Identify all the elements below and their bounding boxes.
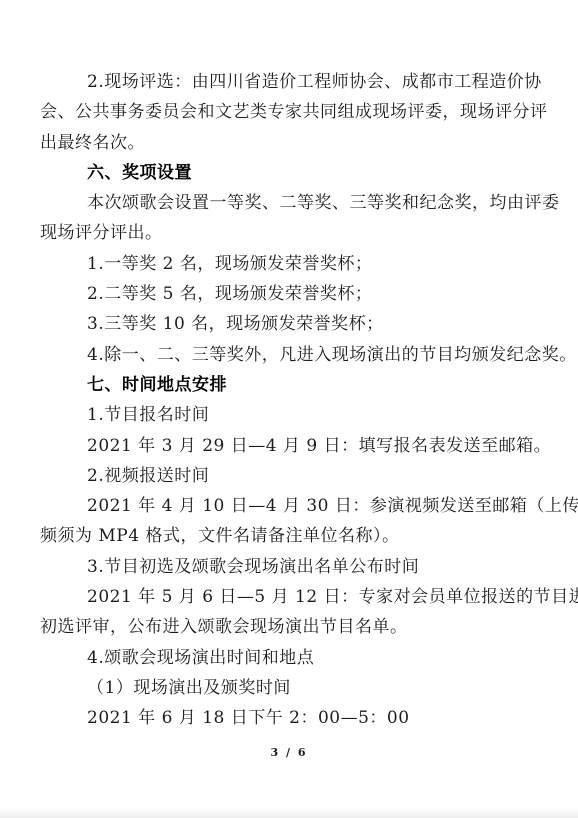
- document-line: 1.一等奖 2 名，现场颁发荣誉奖杯；: [40, 249, 542, 279]
- document-line: 4.除一、二、三等奖外，凡进入现场演出的节目均颁发纪念奖。: [40, 340, 542, 370]
- document-line: 会、公共事务委员会和文艺类专家共同组成现场评委，现场评分评: [40, 97, 542, 127]
- document-line: 2021 年 5 月 6 日—5 月 12 日：专家对会员单位报送的节目进行: [40, 582, 542, 612]
- document-line: 初选评审，公布进入颂歌会现场演出节目名单。: [40, 612, 542, 642]
- document-line: 2021 年 4 月 10 日—4 月 30 日：参演视频发送至邮箱（上传视: [40, 491, 542, 521]
- document-line: 2021 年 3 月 29 日—4 月 9 日：填写报名表发送至邮箱。: [40, 431, 542, 461]
- document-line: 3.节目初选及颂歌会现场演出名单公布时间: [40, 552, 542, 582]
- document-line: 2.二等奖 5 名，现场颁发荣誉奖杯；: [40, 279, 542, 309]
- document-line: 4.颂歌会现场演出时间和地点: [40, 643, 542, 673]
- section-heading: 七、时间地点安排: [40, 370, 542, 400]
- document-line: 出最终名次。: [40, 128, 542, 158]
- document-line: 本次颂歌会设置一等奖、二等奖、三等奖和纪念奖，均由评委: [40, 188, 542, 218]
- document-line: 频须为 MP4 格式，文件名请备注单位名称）。: [40, 521, 542, 551]
- document-line: 2.现场评选：由四川省造价工程师协会、成都市工程造价协: [40, 67, 542, 97]
- document-body: 2.现场评选：由四川省造价工程师协会、成都市工程造价协会、公共事务委员会和文艺类…: [40, 67, 542, 734]
- document-line: （1）现场演出及颁奖时间: [40, 673, 542, 703]
- document-line: 2.视频报送时间: [40, 461, 542, 491]
- page-bottom-shadow: [0, 808, 578, 818]
- document-line: 现场评分评出。: [40, 218, 542, 248]
- document-line: 3.三等奖 10 名，现场颁发荣誉奖杯；: [40, 309, 542, 339]
- page-number: 3 / 6: [0, 746, 578, 759]
- section-heading: 六、奖项设置: [40, 158, 542, 188]
- document-line: 2021 年 6 月 18 日下午 2：00—5：00: [40, 703, 542, 733]
- document-line: 1.节目报名时间: [40, 400, 542, 430]
- document-page: 2.现场评选：由四川省造价工程师协会、成都市工程造价协会、公共事务委员会和文艺类…: [0, 0, 578, 818]
